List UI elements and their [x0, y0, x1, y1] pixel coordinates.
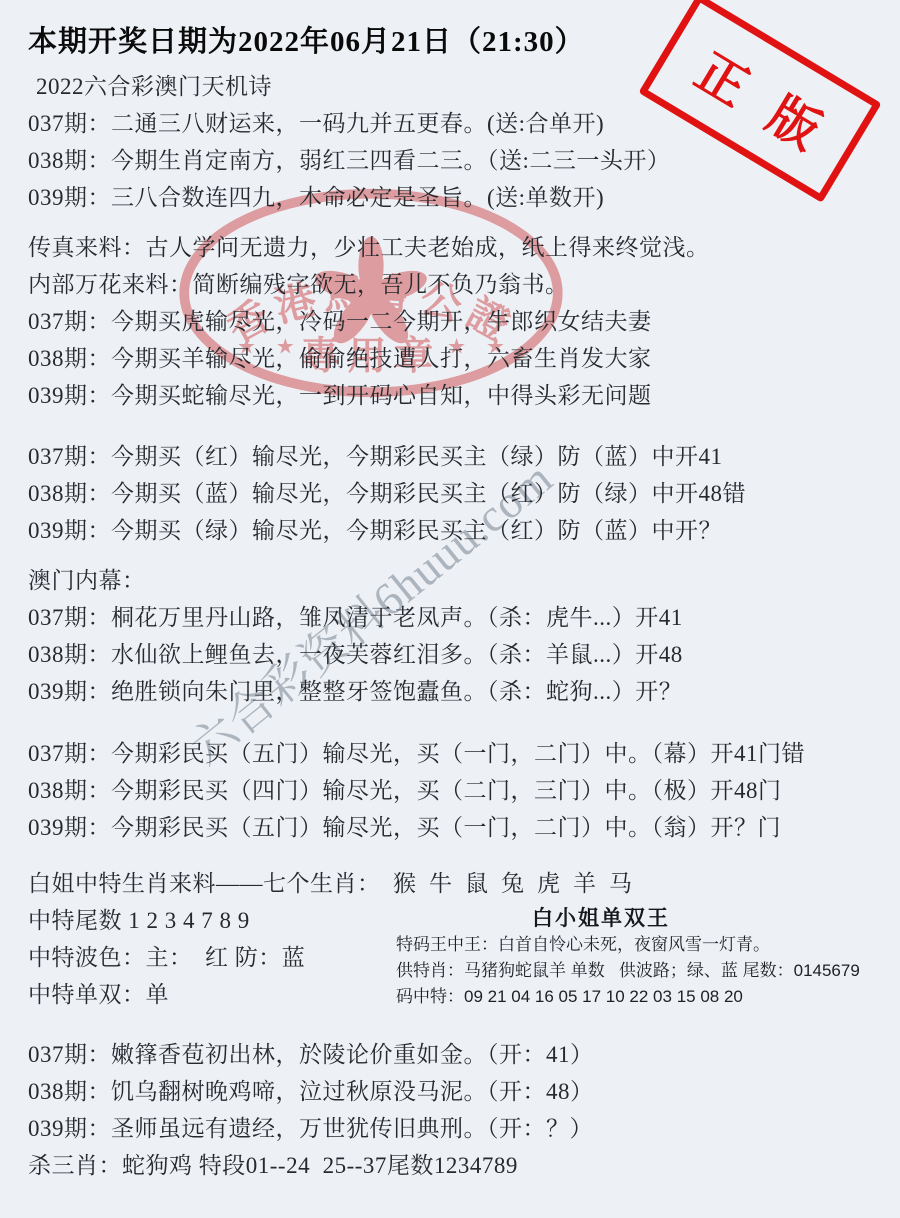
tip-line: 供特肖：马猪狗蛇鼠羊 单数 供波路；绿、蓝 尾数：0145679	[396, 958, 896, 984]
tip-line: 039期：今期买蛇输尽光，一到开码心自知，中得头彩无问题	[28, 377, 900, 414]
tip-line: 特码王中王：白首自怜心未死，夜窗风雪一灯青。	[396, 932, 896, 958]
section-doors: 037期：今期彩民买（五门）输尽光，买（一门，二门）中。（幕）开41门错 038…	[28, 735, 900, 846]
tip-line: 038期：今期彩民买（四门）输尽光，买（二门，三门）中。（极）开48门	[28, 772, 900, 809]
tip-line: 码中特：09 21 04 16 05 17 10 22 03 15 08 20	[396, 984, 896, 1010]
tip-line: 037期：今期彩民买（五门）输尽光，买（一门，二门）中。（幕）开41门错	[28, 735, 900, 772]
baixiaojie-box: 白小姐单双王 特码王中王：白首自怜心未死，夜窗风雪一灯青。 供特肖：马猪狗蛇鼠羊…	[396, 906, 896, 1010]
document-body: 本期开奖日期为2022年06月21日（21:30） 2022六合彩澳门天机诗 0…	[0, 0, 900, 1218]
tip-line: 内部万花来料：简断编残字欲无，吾儿不负乃翁书。	[28, 266, 900, 303]
poem-line: 杀三肖：蛇狗鸡 特段01--24 25--37尾数1234789	[28, 1147, 900, 1184]
tip-line: 038期：水仙欲上鲤鱼去，一夜芙蓉红泪多。（杀：羊鼠...）开48	[28, 636, 900, 673]
section-colors: 037期：今期买（红）输尽光，今期彩民买主（绿）防（蓝）中开41 038期：今期…	[28, 438, 900, 549]
tip-line: 037期：今期买（红）输尽光，今期彩民买主（绿）防（蓝）中开41	[28, 438, 900, 475]
poem-line: 037期：嫩箨香苞初出林，於陵论价重如金。（开：41）	[28, 1036, 900, 1073]
tip-line: 037期：桐花万里丹山路，雏凤清于老凤声。（杀：虎牛...）开41	[28, 599, 900, 636]
baixiaojie-title: 白小姐单双王	[396, 906, 806, 932]
tip-line: 传真来料：古人学问无遗力，少壮工夫老始成，纸上得来终觉浅。	[28, 229, 900, 266]
tip-line: 039期：今期买（绿）输尽光，今期彩民买主（红）防（蓝）中开？	[28, 512, 900, 549]
stamp-char-2: 版	[756, 76, 836, 163]
tip-line: 038期：今期买（蓝）输尽光，今期彩民买主（红）防（绿）中开48错	[28, 475, 900, 512]
tip-line: 039期：今期彩民买（五门）输尽光，买（一门，二门）中。（翁）开？门	[28, 809, 900, 846]
tip-line: 039期：绝胜锁向朱门里，整整牙签饱蠹鱼。（杀：蛇狗...）开？	[28, 673, 900, 710]
poem-line: 039期：三八合数连四九，木命必定是圣旨。(送:单数开)	[28, 179, 900, 216]
section-neimu: 澳门内幕： 037期：桐花万里丹山路，雏凤清于老凤声。（杀：虎牛...）开41 …	[28, 562, 900, 710]
tip-line: 038期：今期买羊输尽光，偷偷绝技遭人打，六畜生肖发大家	[28, 340, 900, 377]
tip-line: 白姐中特生肖来料——七个生肖： 猴 牛 鼠 兔 虎 羊 马	[28, 865, 900, 902]
lottery-tip-sheet: { "page": { "bg": "#edf1f6", "accent_red…	[0, 0, 900, 1218]
stamp-char-1: 正	[684, 33, 764, 120]
tip-line: 037期：今期买虎输尽光，冷码一二今期开，牛郎织女结夫妻	[28, 303, 900, 340]
section-label: 澳门内幕：	[28, 562, 900, 599]
section-bottom-poems: 037期：嫩箨香苞初出林，於陵论价重如金。（开：41） 038期：饥乌翻树晚鸡啼…	[28, 1036, 900, 1184]
poem-line: 038期：饥乌翻树晚鸡啼，泣过秋原没马泥。（开：48）	[28, 1073, 900, 1110]
poem-line: 039期：圣师虽远有遗经，万世犹传旧典刑。（开：？）	[28, 1110, 900, 1147]
section-lailiao: 传真来料：古人学问无遗力，少壮工夫老始成，纸上得来终觉浅。 内部万花来料：简断编…	[28, 229, 900, 414]
